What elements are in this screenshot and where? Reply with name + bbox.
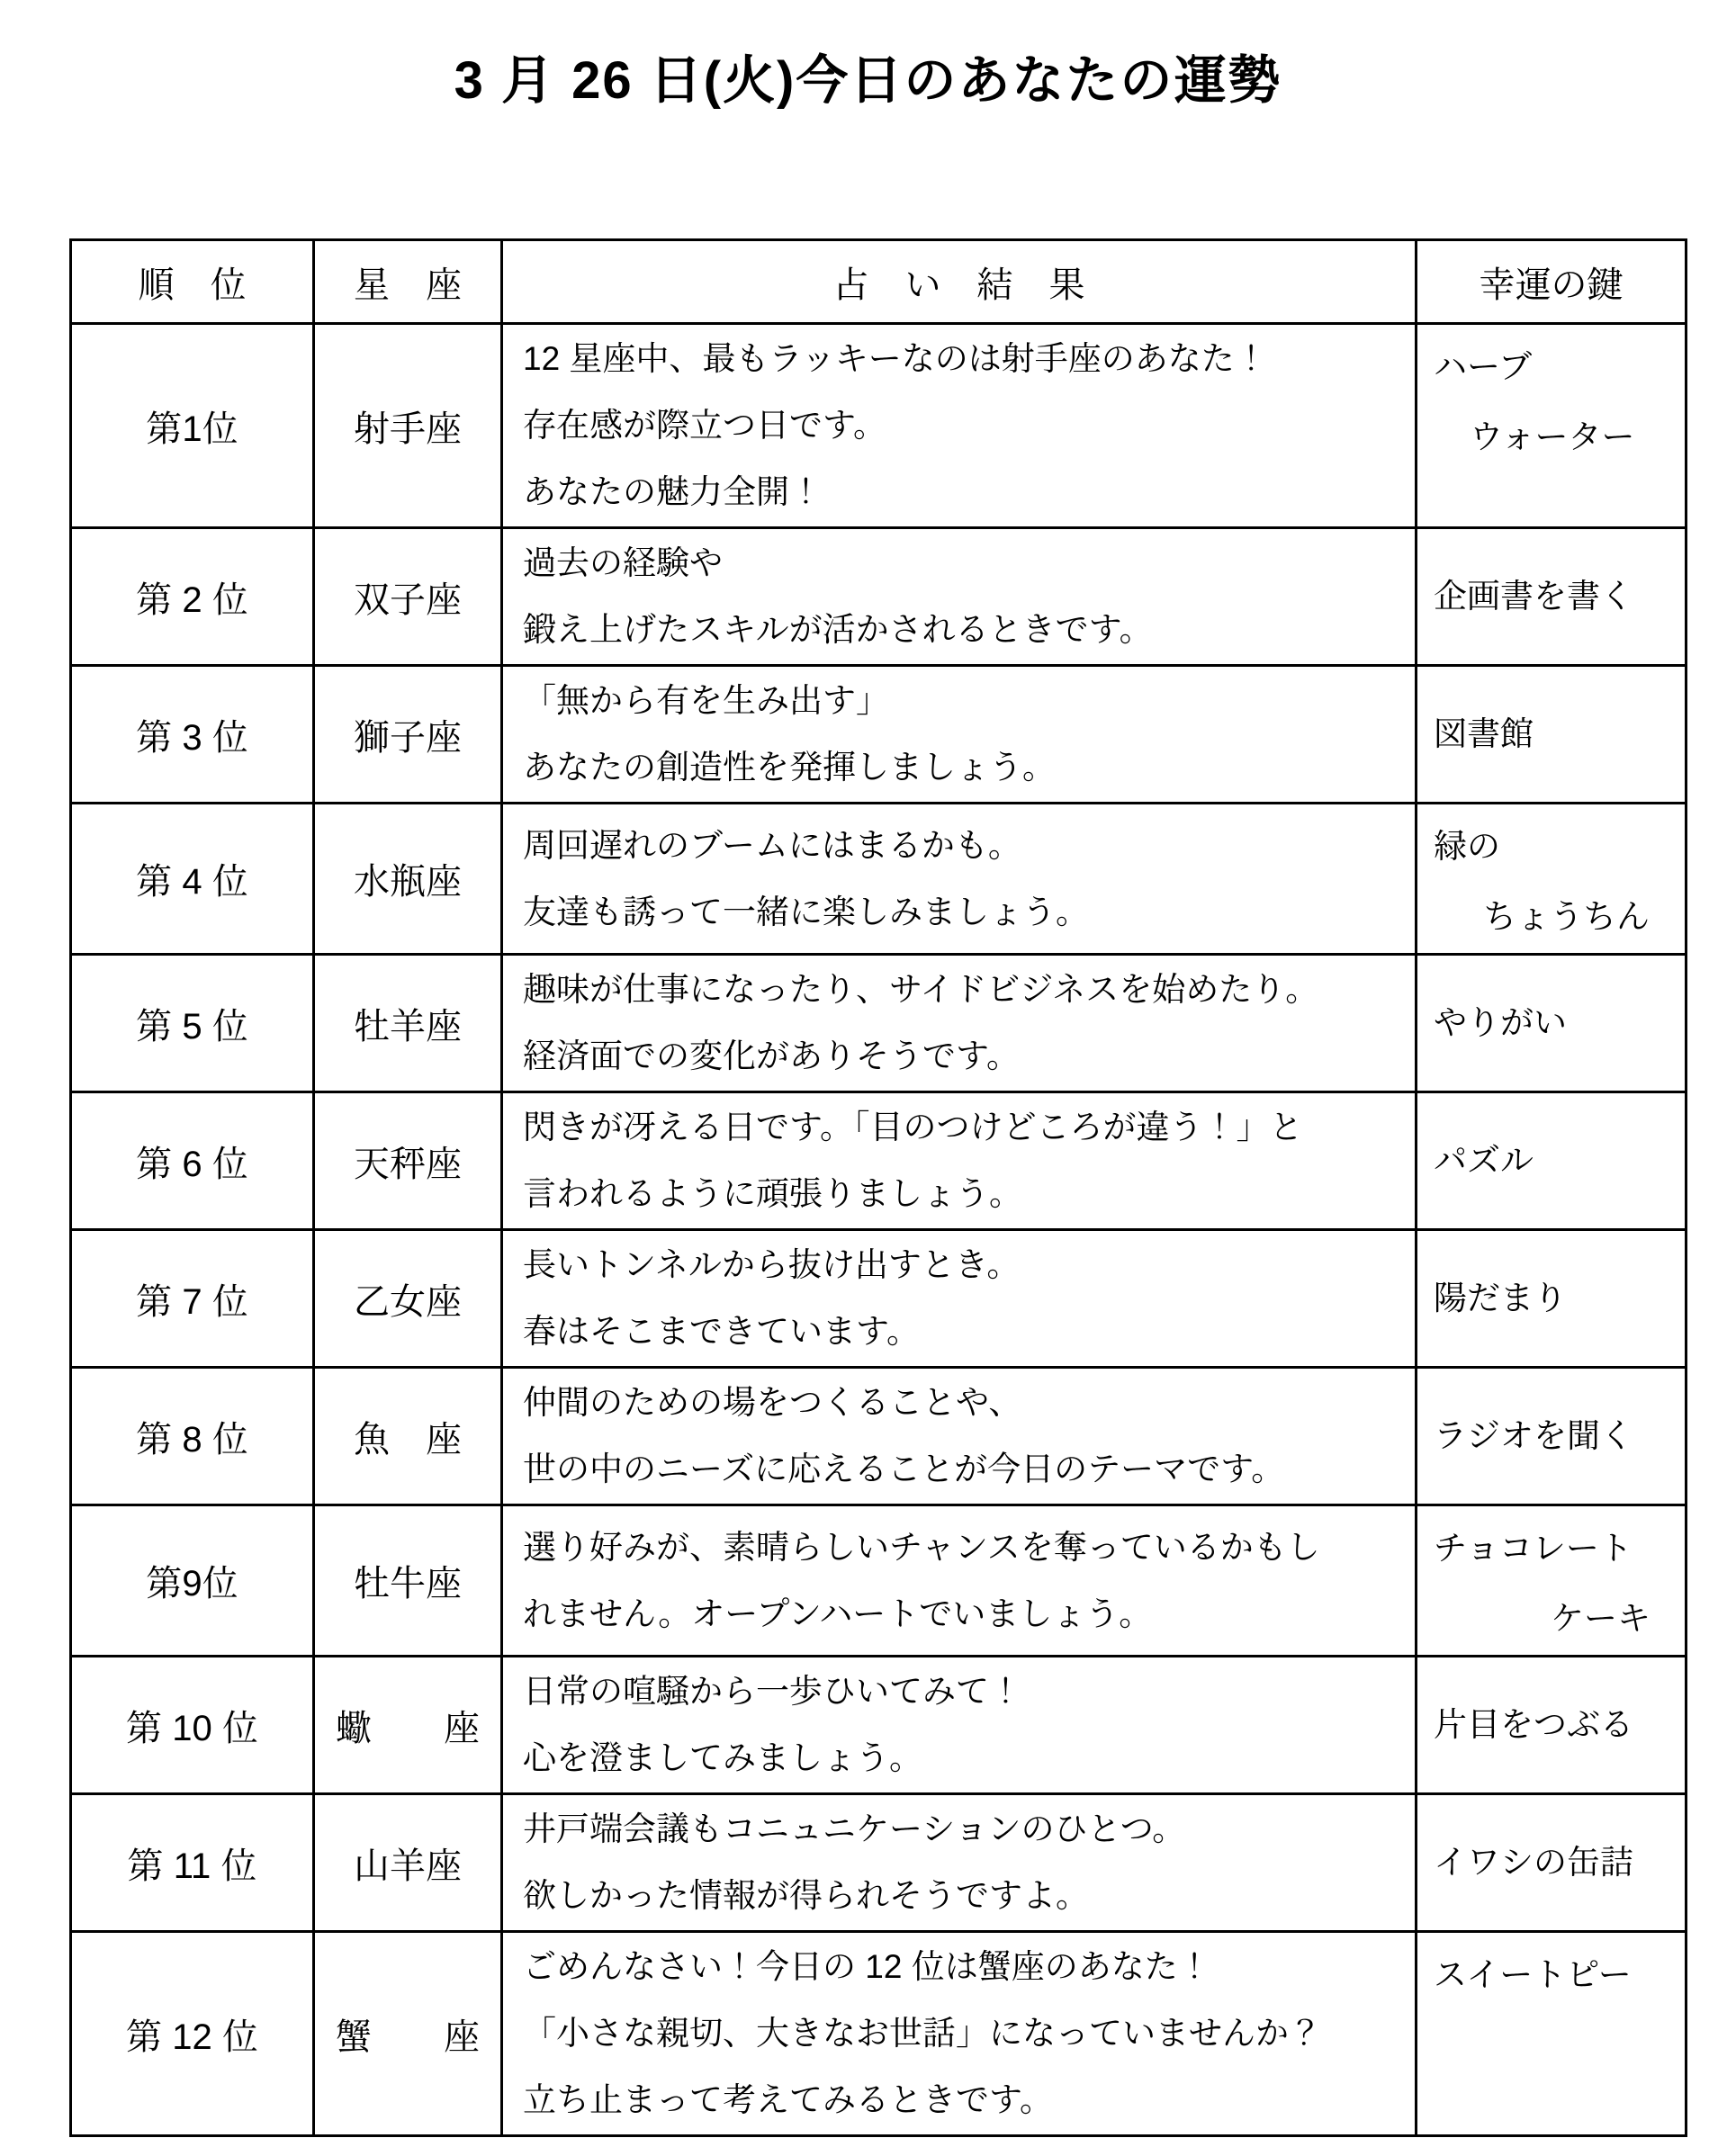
lucky-cell: 緑の ちょうちん	[1417, 804, 1687, 955]
sign-cell: 天秤座	[314, 1092, 502, 1230]
lucky-line: 緑の	[1434, 812, 1681, 882]
fortune-line: 12 星座中、最もラッキーなのは射手座のあなた！	[523, 326, 1409, 392]
fortune-line: ごめんなさい！今日の 12 位は蟹座のあなた！	[523, 1934, 1409, 2000]
lucky-cell: 陽だまり	[1417, 1230, 1687, 1368]
lucky-cell: ラジオを聞く	[1417, 1368, 1687, 1505]
fortune-line: 「小さな親切、大きなお世話」になっていませんか？	[523, 2000, 1409, 2067]
table-row: 第 12 位 蟹 座 ごめんなさい！今日の 12 位は蟹座のあなた！ 「小さな親…	[71, 1932, 1687, 2136]
fortune-line: 心を澄ましてみましょう。	[523, 1725, 1409, 1792]
fortune-line: 経済面での変化がありそうです。	[523, 1023, 1409, 1090]
rank-cell: 第 2 位	[71, 528, 314, 666]
rank-cell: 第 5 位	[71, 955, 314, 1092]
lucky-cell: パズル	[1417, 1092, 1687, 1230]
header-row: 順 位 星 座 占 い 結 果 幸運の鍵	[71, 240, 1687, 324]
sign-cell: 獅子座	[314, 666, 502, 804]
table-row: 第 7 位 乙女座 長いトンネルから抜け出すとき。 春はそこまできています。 陽…	[71, 1230, 1687, 1368]
fortune-line: 春はそこまできています。	[523, 1298, 1409, 1365]
fortune-cell: 「無から有を生み出す」 あなたの創造性を発揮しましょう。	[502, 666, 1417, 804]
table-row: 第 4 位 水瓶座 周回遅れのブームにはまるかも。 友達も誘って一緒に楽しみまし…	[71, 804, 1687, 955]
fortune-line: 世の中のニーズに応えることが今日のテーマです。	[523, 1436, 1409, 1503]
lucky-line: やりがい	[1434, 988, 1681, 1058]
header-sign: 星 座	[314, 240, 502, 324]
fortune-cell: ごめんなさい！今日の 12 位は蟹座のあなた！ 「小さな親切、大きなお世話」にな…	[502, 1932, 1417, 2136]
fortune-cell: 12 星座中、最もラッキーなのは射手座のあなた！ 存在感が際立つ日です。 あなた…	[502, 324, 1417, 528]
table-row: 第 3 位 獅子座 「無から有を生み出す」 あなたの創造性を発揮しましょう。 図…	[71, 666, 1687, 804]
lucky-cell: 企画書を書く	[1417, 528, 1687, 666]
lucky-line: スイートピー	[1434, 1940, 1681, 2010]
fortune-line: 言われるように頑張りましょう。	[523, 1161, 1409, 1227]
sign-cell: 山羊座	[314, 1794, 502, 1932]
rank-cell: 第 4 位	[71, 804, 314, 955]
lucky-line: 片目をつぶる	[1434, 1690, 1681, 1760]
table-row: 第 10 位 蠍 座 日常の喧騒から一歩ひいてみて！ 心を澄ましてみましょう。 …	[71, 1657, 1687, 1794]
sign-cell: 牡牛座	[314, 1505, 502, 1657]
rank-cell: 第 12 位	[71, 1932, 314, 2136]
horoscope-page: 3 月 26 日(火)今日のあなたの運勢 順 位 星 座 占 い 結 果 幸運の…	[0, 0, 1736, 2138]
table-row: 第 6 位 天秤座 閃きが冴える日です。「目のつけどころが違う！」と 言われるよ…	[71, 1092, 1687, 1230]
sign-cell: 射手座	[314, 324, 502, 528]
fortune-line: 周回遅れのブームにはまるかも。	[523, 813, 1409, 879]
rank-cell: 第 11 位	[71, 1794, 314, 1932]
rank-cell: 第 10 位	[71, 1657, 314, 1794]
fortune-line: 友達も誘って一緒に楽しみましょう。	[523, 879, 1409, 946]
rank-cell: 第1位	[71, 324, 314, 528]
rank-cell: 第9位	[71, 1505, 314, 1657]
fortune-cell: 過去の経験や 鍛え上げたスキルが活かされるときです。	[502, 528, 1417, 666]
sign-cell: 蟹 座	[314, 1932, 502, 2136]
table-row: 第 11 位 山羊座 井戸端会議もコニュニケーションのひとつ。 欲しかった情報が…	[71, 1794, 1687, 1932]
fortune-line: 仲間のための場をつくることや、	[523, 1370, 1409, 1436]
lucky-cell: 図書館	[1417, 666, 1687, 804]
fortune-cell: 井戸端会議もコニュニケーションのひとつ。 欲しかった情報が得られそうですよ。	[502, 1794, 1417, 1932]
fortune-line: 趣味が仕事になったり、サイドビジネスを始めたり。	[523, 957, 1409, 1023]
fortune-cell: 趣味が仕事になったり、サイドビジネスを始めたり。 経済面での変化がありそうです。	[502, 955, 1417, 1092]
fortune-line: 過去の経験や	[523, 530, 1409, 597]
lucky-line: ウォーター	[1434, 402, 1681, 472]
lucky-line: チョコレート	[1434, 1514, 1681, 1584]
table-row: 第1位 射手座 12 星座中、最もラッキーなのは射手座のあなた！ 存在感が際立つ…	[71, 324, 1687, 528]
sign-cell: 魚 座	[314, 1368, 502, 1505]
header-result: 占 い 結 果	[502, 240, 1417, 324]
table-row: 第9位 牡牛座 選り好みが、素晴らしいチャンスを奪っているかもし れません。オー…	[71, 1505, 1687, 1657]
rank-cell: 第 8 位	[71, 1368, 314, 1505]
fortune-line: 欲しかった情報が得られそうですよ。	[523, 1863, 1409, 1929]
sign-cell: 乙女座	[314, 1230, 502, 1368]
fortune-line: れません。オープンハートでいましょう。	[523, 1581, 1409, 1648]
fortune-line: 存在感が際立つ日です。	[523, 392, 1409, 459]
lucky-cell: イワシの缶詰	[1417, 1794, 1687, 1932]
header-rank: 順 位	[71, 240, 314, 324]
rank-cell: 第 6 位	[71, 1092, 314, 1230]
page-title: 3 月 26 日(火)今日のあなたの運勢	[0, 38, 1736, 113]
fortune-line: 閃きが冴える日です。「目のつけどころが違う！」と	[523, 1094, 1409, 1161]
lucky-line: ケーキ	[1434, 1584, 1681, 1654]
sign-cell: 双子座	[314, 528, 502, 666]
lucky-line: 図書館	[1434, 699, 1681, 769]
fortune-cell: 閃きが冴える日です。「目のつけどころが違う！」と 言われるように頑張りましょう。	[502, 1092, 1417, 1230]
fortune-line: 選り好みが、素晴らしいチャンスを奪っているかもし	[523, 1514, 1409, 1581]
sign-cell: 牡羊座	[314, 955, 502, 1092]
fortune-line: あなたの魅力全開！	[523, 459, 1409, 526]
lucky-cell: チョコレート ケーキ	[1417, 1505, 1687, 1657]
fortune-cell: 選り好みが、素晴らしいチャンスを奪っているかもし れません。オープンハートでいま…	[502, 1505, 1417, 1657]
fortune-cell: 長いトンネルから抜け出すとき。 春はそこまできています。	[502, 1230, 1417, 1368]
fortune-cell: 仲間のための場をつくることや、 世の中のニーズに応えることが今日のテーマです。	[502, 1368, 1417, 1505]
table-row: 第 8 位 魚 座 仲間のための場をつくることや、 世の中のニーズに応えることが…	[71, 1368, 1687, 1505]
rank-cell: 第 3 位	[71, 666, 314, 804]
fortune-line: あなたの創造性を発揮しましょう。	[523, 734, 1409, 801]
lucky-line: 企画書を書く	[1434, 561, 1681, 632]
lucky-cell: やりがい	[1417, 955, 1687, 1092]
fortune-cell: 日常の喧騒から一歩ひいてみて！ 心を澄ましてみましょう。	[502, 1657, 1417, 1794]
lucky-cell: 片目をつぶる	[1417, 1657, 1687, 1794]
rank-cell: 第 7 位	[71, 1230, 314, 1368]
lucky-line: イワシの缶詰	[1434, 1828, 1681, 1898]
fortune-line: 長いトンネルから抜け出すとき。	[523, 1232, 1409, 1298]
lucky-line: ハーブ	[1434, 332, 1681, 402]
fortune-cell: 周回遅れのブームにはまるかも。 友達も誘って一緒に楽しみましょう。	[502, 804, 1417, 955]
fortune-line: 日常の喧騒から一歩ひいてみて！	[523, 1658, 1409, 1725]
sign-cell: 蠍 座	[314, 1657, 502, 1794]
fortune-line: 立ち止まって考えてみるときです。	[523, 2067, 1409, 2134]
sign-cell: 水瓶座	[314, 804, 502, 955]
fortune-line: 鍛え上げたスキルが活かされるときです。	[523, 597, 1409, 663]
lucky-cell: スイートピー	[1417, 1932, 1687, 2136]
fortune-line: 井戸端会議もコニュニケーションのひとつ。	[523, 1796, 1409, 1863]
lucky-cell: ハーブ ウォーター	[1417, 324, 1687, 528]
horoscope-table: 順 位 星 座 占 い 結 果 幸運の鍵 第1位 射手座 12 星座中、最もラッ…	[69, 238, 1687, 2137]
lucky-line: 陽だまり	[1434, 1263, 1681, 1334]
fortune-line: 「無から有を生み出す」	[523, 668, 1409, 734]
lucky-line: ラジオを聞く	[1434, 1401, 1681, 1471]
table-row: 第 2 位 双子座 過去の経験や 鍛え上げたスキルが活かされるときです。 企画書…	[71, 528, 1687, 666]
lucky-line: ちょうちん	[1434, 882, 1681, 952]
header-lucky: 幸運の鍵	[1417, 240, 1687, 324]
lucky-line: パズル	[1434, 1126, 1681, 1196]
table-row: 第 5 位 牡羊座 趣味が仕事になったり、サイドビジネスを始めたり。 経済面での…	[71, 955, 1687, 1092]
